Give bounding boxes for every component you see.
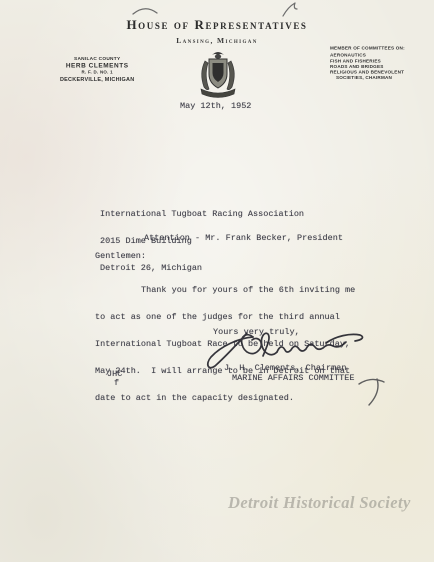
pencil-mark-seven-icon <box>359 379 384 405</box>
letter-body: Thank you for yours of the 6th inviting … <box>95 268 355 421</box>
member-address-line1: R. F. D. NO. 1 <box>36 70 158 77</box>
letterhead-committees-block: MEMBER OF COMMITTEES ON: AERONAUTICS FIS… <box>330 46 429 81</box>
member-name: HERB CLEMENTS <box>36 63 158 70</box>
pencil-arc-left-icon <box>133 9 157 14</box>
member-address-line2: DECKERVILLE, MICHIGAN <box>36 76 158 83</box>
letterhead-location: Lansing, Michigan <box>0 36 434 45</box>
letter-date: May 12th, 1952 <box>180 102 251 111</box>
archive-watermark: Detroit Historical Society <box>228 493 411 513</box>
signature-typed-title: MARINE AFFAIRS COMMITTEE <box>232 374 354 383</box>
committees-heading: MEMBER OF COMMITTEES ON: <box>330 46 429 52</box>
scanned-letter-page: House of Representatives Lansing, Michig… <box>0 0 434 562</box>
letterhead-member-block: SANILAC COUNTY HERB CLEMENTS R. F. D. NO… <box>36 56 158 83</box>
typist-initials-2: f <box>114 379 119 388</box>
recipient-line: International Tugboat Racing Association <box>100 210 304 219</box>
closing-line: Yours very truly, <box>213 328 300 337</box>
letterhead-title: House of Representatives <box>0 17 434 33</box>
body-line: to act as one of the judges for the thir… <box>95 313 355 322</box>
pencil-arc-right-icon <box>283 3 297 16</box>
state-seal-icon <box>196 49 240 99</box>
signature-typed-name: J. H. Clements, Chairman <box>224 364 346 373</box>
body-line: Thank you for yours of the 6th inviting … <box>95 286 355 295</box>
salutation: Gentlemen: <box>95 252 146 261</box>
body-line: International Tugboat Race to be held on… <box>95 340 355 349</box>
attention-line: Attention - Mr. Frank Becker, President <box>144 234 343 243</box>
body-line: date to act in the capacity designated. <box>95 394 355 403</box>
committee-line: SOCIETIES, CHAIRMAN <box>330 76 429 82</box>
